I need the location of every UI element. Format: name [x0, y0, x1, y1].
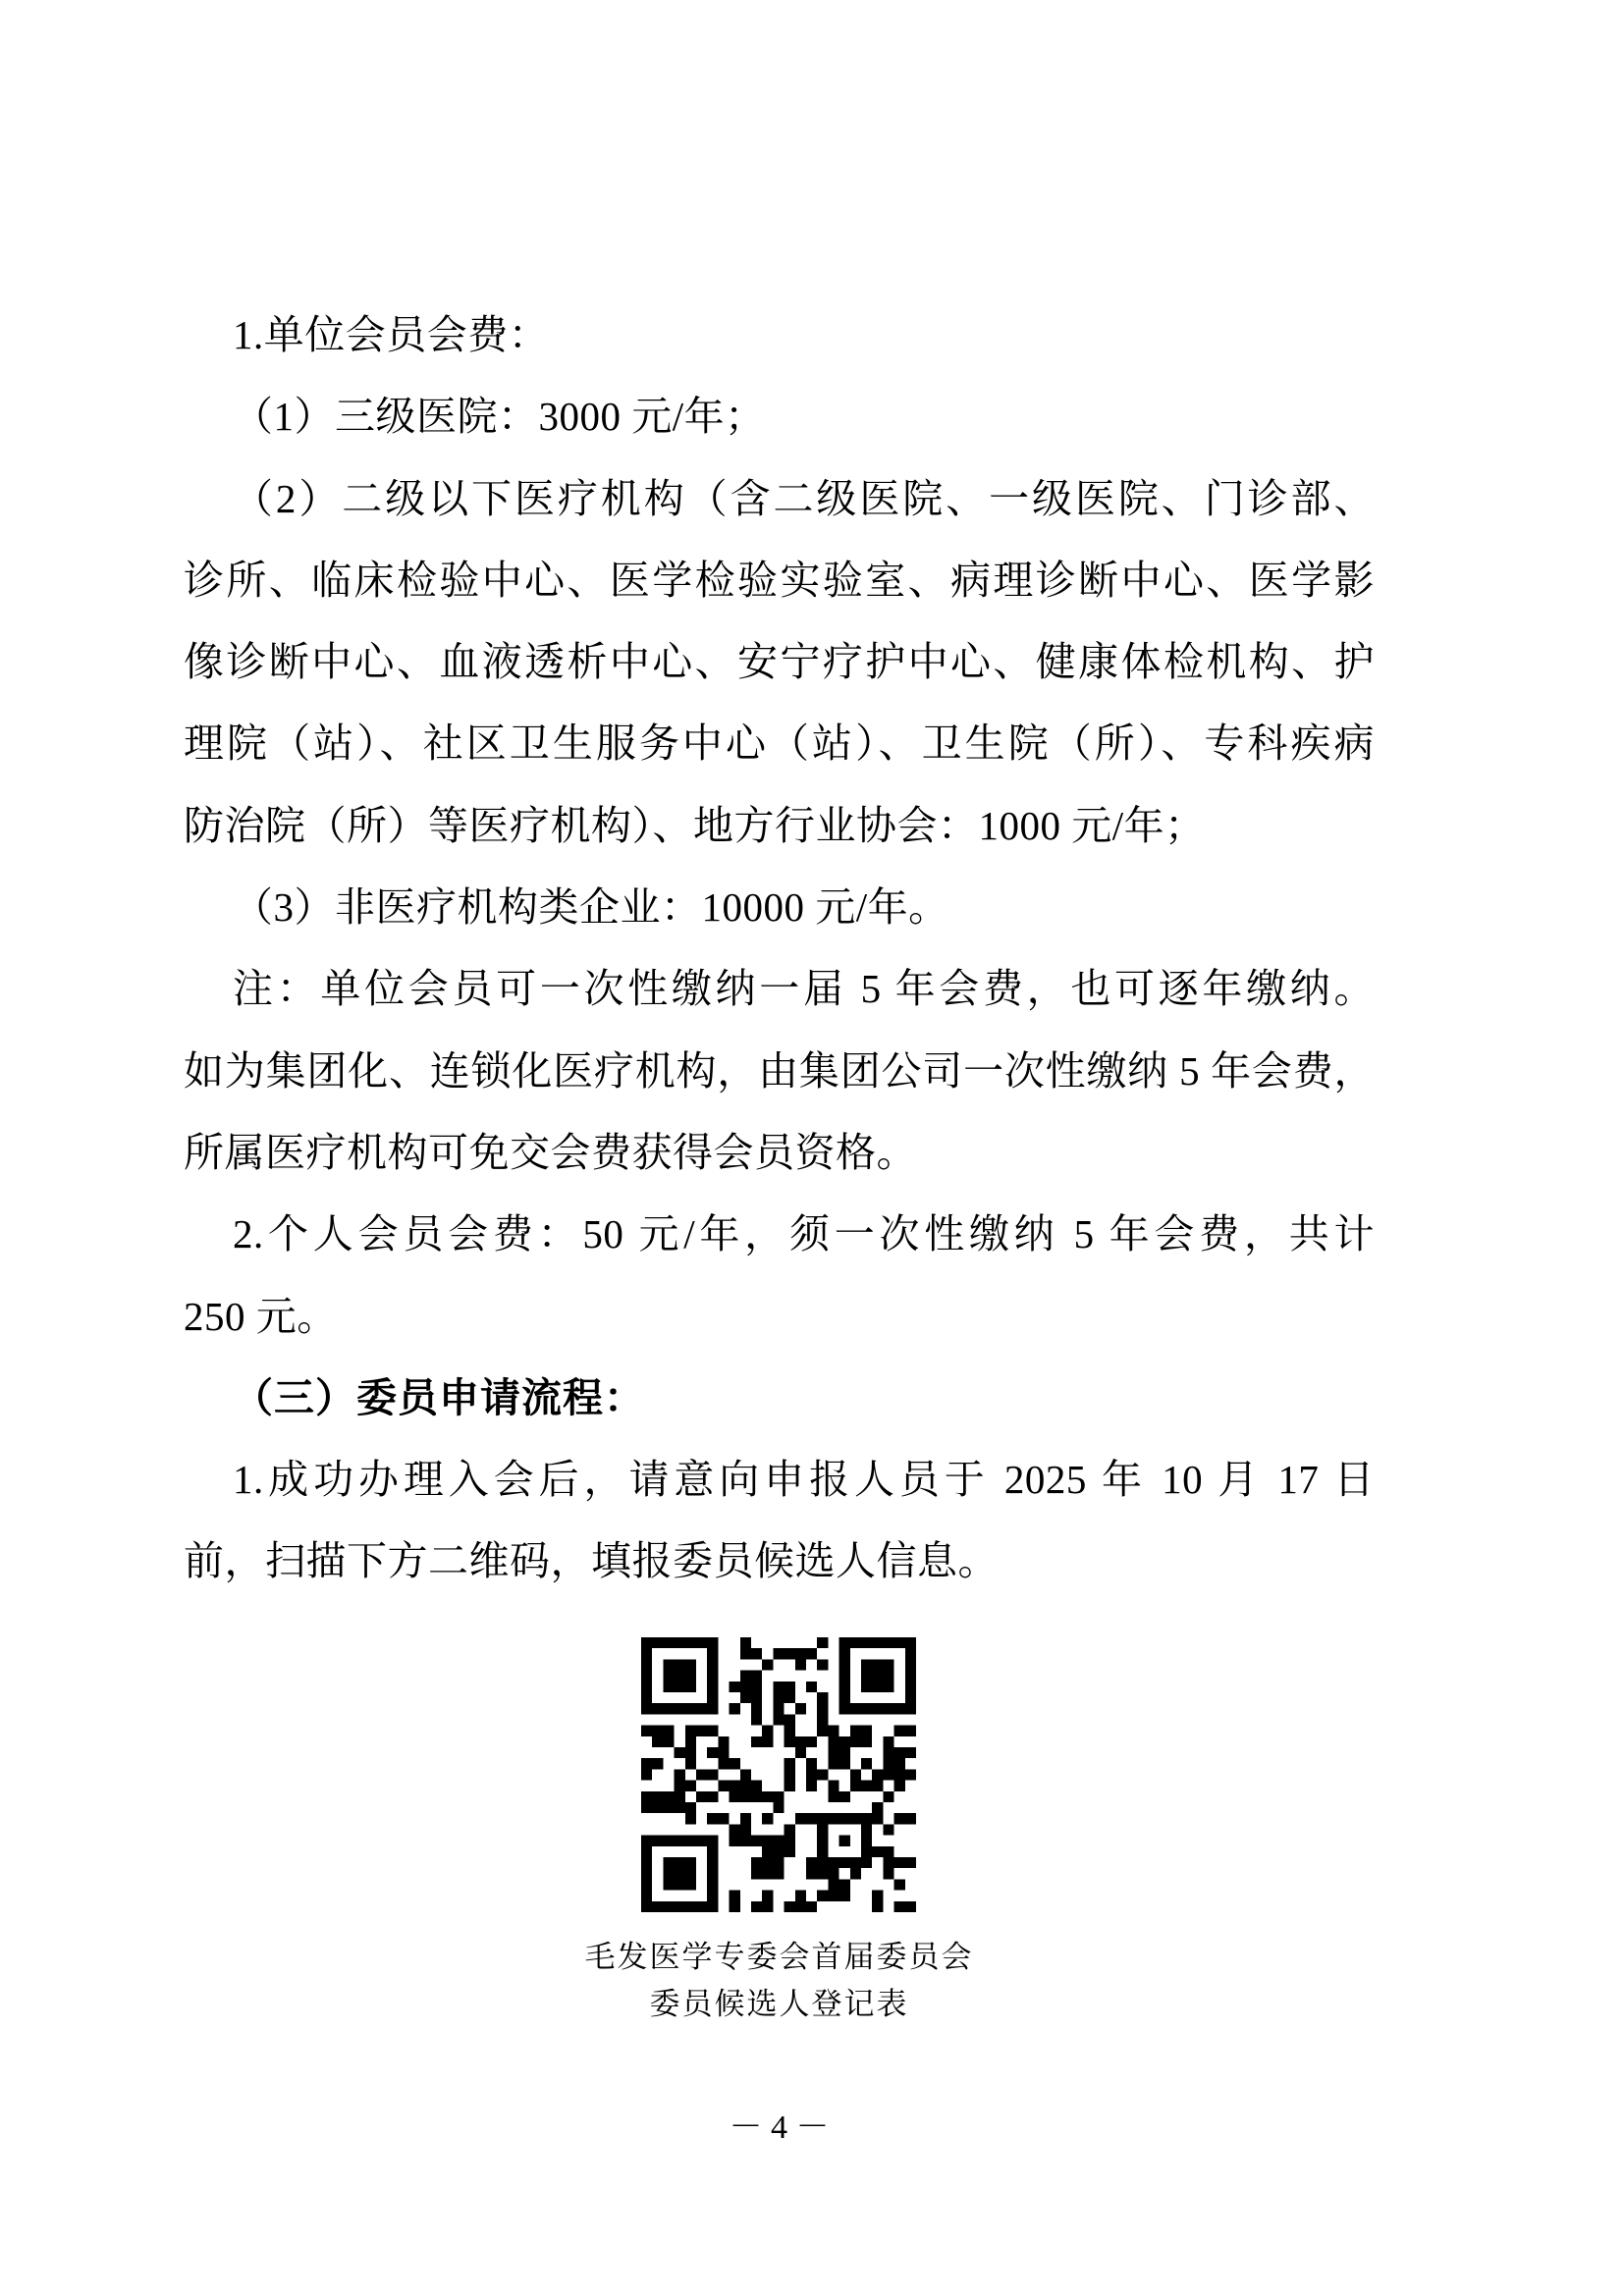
qr-caption: 毛发医学专委会首届委员会 委员候选人登记表 [184, 1934, 1375, 2028]
text-line: 像诊断中心、血液透析中心、安宁疗护中心、健康体检机构、护 [184, 621, 1375, 703]
text-line: 注：单位会员可一次性缴纳一届 5 年会费，也可逐年缴纳。 [184, 948, 1375, 1030]
text-line: 诊所、临床检验中心、医学检验实验室、病理诊断中心、医学影 [184, 540, 1375, 621]
qr-caption-line1: 毛发医学专委会首届委员会 [184, 1934, 1375, 1981]
text-line: 所属医疗机构可免交会费获得会员资格。 [184, 1112, 1375, 1194]
qr-caption-line2: 委员候选人登记表 [184, 1981, 1375, 2028]
qr-code-icon [641, 1637, 916, 1912]
text-line: 2.个人会员会费：50 元/年，须一次性缴纳 5 年会费，共计 [184, 1194, 1375, 1275]
qr-code-block [641, 1637, 916, 1912]
text-line: （2）二级以下医疗机构（含二级医院、一级医院、门诊部、 [184, 458, 1375, 540]
page-number: － 4 － [184, 2109, 1375, 2148]
text-line: （3）非医疗机构类企业：10000 元/年。 [184, 867, 1375, 948]
body-text: 1.单位会员会费： （1）三级医院：3000 元/年； （2）二级以下医疗机构（… [184, 294, 1375, 1603]
text-line: （1）三级医院：3000 元/年； [184, 376, 1375, 457]
text-line: 理院（站）、社区卫生服务中心（站）、卫生院（所）、专科疾病 [184, 703, 1375, 784]
text-line: 前，扫描下方二维码，填报委员候选人信息。 [184, 1521, 1375, 1602]
text-line: 防治院（所）等医疗机构）、地方行业协会：1000 元/年； [184, 785, 1375, 867]
text-line: 如为集团化、连锁化医疗机构，由集团公司一次性缴纳 5 年会费， [184, 1031, 1375, 1112]
text-line: 1.单位会员会费： [184, 294, 1375, 376]
text-line: 250 元。 [184, 1276, 1375, 1358]
document-page: 1.单位会员会费： （1）三级医院：3000 元/年； （2）二级以下医疗机构（… [0, 0, 1623, 2296]
text-line: 1.成功办理入会后，请意向申报人员于 2025 年 10 月 17 日 [184, 1439, 1375, 1521]
section-heading: （三）委员申请流程： [184, 1358, 1375, 1439]
